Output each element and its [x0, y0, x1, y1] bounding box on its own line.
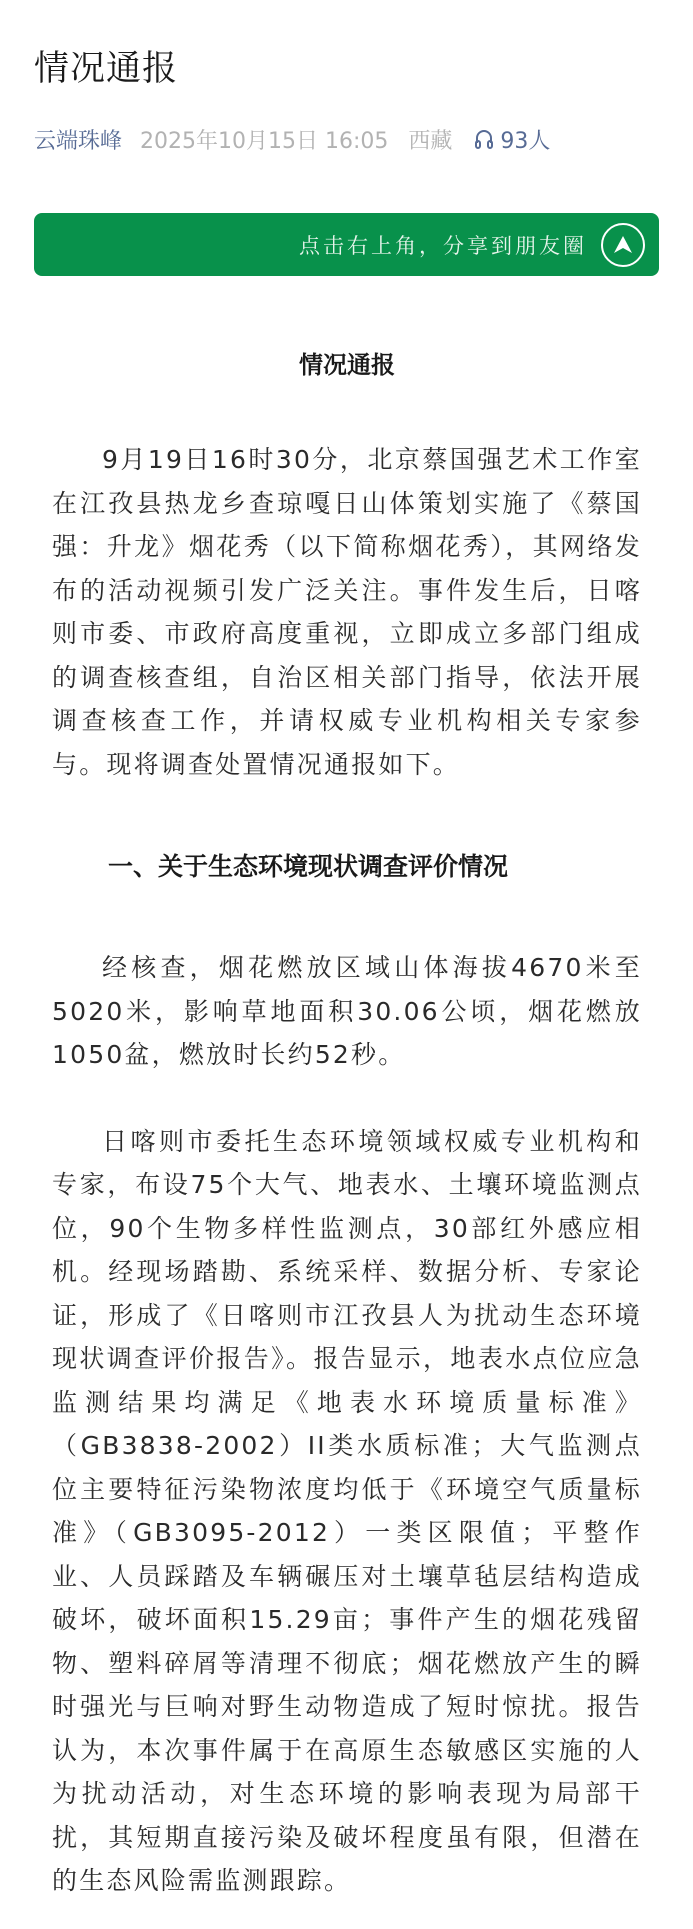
article-meta: 云端珠峰 2025年10月15日 16:05 西藏 93人 — [34, 122, 550, 156]
article-body: 情况通报 9月19日16时30分，北京蔡国强艺术工作室在江孜县热龙乡查琼嘎日山体… — [52, 344, 642, 1903]
article-center-title: 情况通报 — [52, 344, 642, 387]
section-paragraph: 日喀则市委托生态环境领域权威专业机构和专家，布设75个大气、地表水、土壤环境监测… — [52, 1120, 642, 1903]
location: 西藏 — [408, 124, 452, 155]
author-link[interactable]: 云端珠峰 — [34, 124, 122, 155]
share-banner[interactable]: 点击右上角，分享到朋友圈 — [34, 213, 659, 276]
publish-date: 2025年10月15日 16:05 — [140, 124, 388, 155]
listen-button[interactable]: 93人 — [474, 124, 550, 155]
arrow-up-circle-icon — [601, 223, 645, 267]
share-banner-text: 点击右上角，分享到朋友圈 — [299, 230, 587, 260]
intro-paragraph: 9月19日16时30分，北京蔡国强艺术工作室在江孜县热龙乡查琼嘎日山体策划实施了… — [52, 438, 642, 786]
page-title: 情况通报 — [34, 46, 178, 92]
section-paragraph: 经核查，烟花燃放区域山体海拔4670米至5020米，影响草地面积30.06公顷，… — [52, 946, 642, 1077]
headphone-icon — [474, 128, 494, 150]
listener-count: 93人 — [500, 124, 550, 155]
section-heading: 一、关于生态环境现状调查评价情况 — [52, 845, 642, 888]
